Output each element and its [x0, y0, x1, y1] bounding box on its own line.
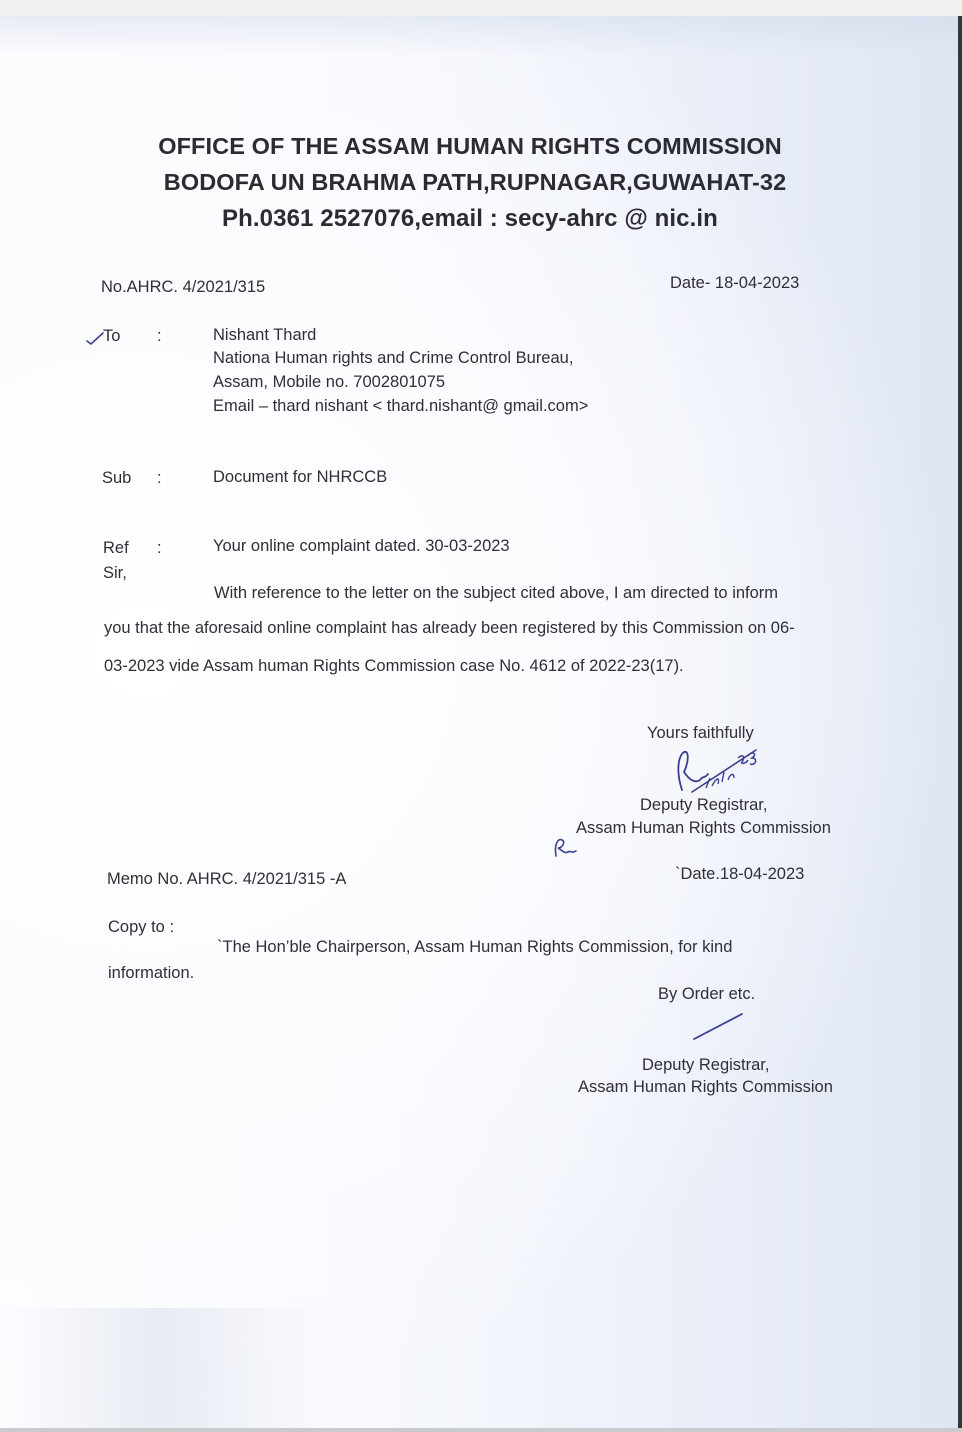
- reference-number: No.AHRC. 4/2021/315: [101, 277, 265, 297]
- footer-signatory-title: Deputy Registrar,: [642, 1055, 769, 1075]
- memo-date: `Date.18-04-2023: [675, 864, 804, 884]
- by-order: By Order etc.: [658, 984, 755, 1004]
- to-label: To: [103, 326, 120, 346]
- recipient-organization: Nationa Human rights and Crime Control B…: [213, 348, 573, 368]
- scan-edge-right: [958, 16, 962, 1432]
- ref-colon: :: [157, 538, 162, 558]
- body-line-3: 03-2023 vide Assam human Rights Commissi…: [104, 656, 684, 676]
- letterhead-office-name: OFFICE OF THE ASSAM HUMAN RIGHTS COMMISS…: [0, 133, 940, 160]
- ref-text: Your online complaint dated. 30-03-2023: [213, 536, 510, 556]
- salutation: Sir,: [103, 563, 127, 583]
- letterhead-contact: Ph.0361 2527076,email : secy-ahrc @ nic.…: [0, 205, 940, 233]
- recipient-location-mobile: Assam, Mobile no. 7002801075: [213, 372, 445, 392]
- body-line-1: With reference to the letter on the subj…: [214, 583, 778, 603]
- scanned-letter-page: OFFICE OF THE ASSAM HUMAN RIGHTS COMMISS…: [0, 16, 958, 1428]
- footer-signatory-org: Assam Human Rights Commission: [578, 1077, 833, 1097]
- ref-label: Ref: [103, 538, 129, 558]
- copy-to-line-1: `The Hon’ble Chairperson, Assam Human Ri…: [217, 937, 732, 957]
- valediction: Yours faithfully: [647, 723, 754, 743]
- scan-edge-bottom: [0, 1428, 962, 1432]
- subject-label: Sub: [102, 468, 131, 488]
- letterhead-address: BODOFA UN BRAHMA PATH,RUPNAGAR,GUWAHAT-3…: [5, 169, 945, 196]
- copy-to-label: Copy to :: [108, 917, 174, 937]
- signature-icon: [672, 742, 764, 798]
- closing-signatory-org: Assam Human Rights Commission: [576, 818, 831, 838]
- recipient-name: Nishant Thard: [213, 325, 316, 345]
- subject-colon: :: [157, 468, 162, 488]
- viewer-top-bar: [0, 0, 962, 16]
- initials-icon: [552, 834, 582, 860]
- memo-number: Memo No. AHRC. 4/2021/315 -A: [107, 869, 346, 889]
- copy-to-line-2: information.: [108, 963, 194, 983]
- subject-text: Document for NHRCCB: [213, 467, 387, 487]
- recipient-email: Email – thard nishant < thard.nishant@ g…: [213, 396, 588, 416]
- reference-date: Date- 18-04-2023: [670, 273, 799, 293]
- initial-stroke-icon: [690, 1011, 746, 1043]
- closing-signatory-title: Deputy Registrar,: [640, 795, 767, 815]
- to-colon: :: [157, 326, 162, 346]
- body-line-2: you that the aforesaid online complaint …: [104, 618, 795, 638]
